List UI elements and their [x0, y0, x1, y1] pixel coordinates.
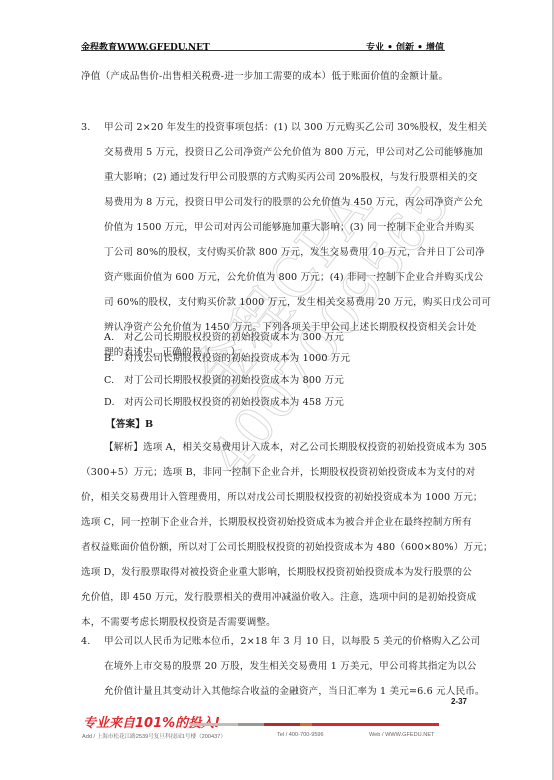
question-line: 资产账面价值为 600 万元，公允价值为 800 万元；(4) 非同一控制下企业… [104, 267, 483, 289]
footer-slogan: 专业来自101%的投入! [83, 712, 220, 731]
analysis-line: 【解析】选项 A，相关交易费用计入成本，对乙公司长期股权投资的初始投资成本为 3… [104, 437, 487, 459]
page-header: 金程教育WWW.GFEDU.NET 专业 • 创新 • 增值 [81, 40, 444, 53]
question-line: 丁公司 80%的股权，支付购买价款 800 万元，发生交易费用 10 万元，合并… [104, 242, 485, 264]
footer-bar-segment [312, 723, 439, 726]
question-line: 交易费用 5 万元，投资日乙公司净资产公允价值为 800 万元，甲公司对乙公司能… [104, 142, 483, 164]
footer-bar-segment [264, 723, 300, 726]
option-letter: A. [104, 327, 114, 349]
question-line: 司 60%的股权，支付购买价款 1000 万元，发生相关交易费用 20 万元，购… [104, 292, 491, 314]
question-line: 在境外上市交易的股票 20 万股，发生相关交易费用 1 万美元，甲公司将其指定为… [104, 656, 477, 678]
option-text: 对戊公司长期股权投资的初始投资成本为 1000 万元 [124, 348, 350, 370]
question-line: 价值为 1500 万元，甲公司对丙公司能够施加重大影响；(3) 同一控制下企业合… [104, 217, 474, 239]
header-site-name: 金程教育WWW.GFEDU.NET [81, 40, 210, 53]
footer-bar-segment [238, 723, 264, 726]
question-line: 易费用为 8 万元，投资日甲公司发行的股票的公允价值为 450 万元，丙公司净资… [104, 192, 483, 214]
page-number: 2-37 [451, 697, 467, 706]
analysis-line: 允价值，即 450 万元，发行股票相关的费用冲减溢价收入。注意，选项中问的是初始… [81, 587, 476, 609]
question-line: 甲公司以人民币为记账本位币，2×18 年 3 月 10 日，以每股 5 美元的价… [104, 631, 480, 653]
analysis-line: 者权益账面价值份额，所以对丁公司长期股权投资的初始投资成本为 480（600×8… [81, 537, 493, 559]
footer-web: Web / WWW.GFEDU.NET [369, 732, 434, 738]
option-text: 对丁公司长期股权投资的初始投资成本为 800 万元 [124, 370, 344, 392]
option-text: 对丙公司长期股权投资的初始投资成本为 458 万元 [124, 392, 344, 414]
option-text: 对乙公司长期股权投资的初始投资成本为 300 万元 [124, 327, 344, 349]
option-letter: B. [104, 348, 114, 370]
question-number: 3. [81, 117, 90, 139]
question-number: 4. [81, 631, 90, 653]
question-line: 允价值计量且其变动计入其他综合收益的金融资产，当日汇率为 1 美元=6.6 元人… [104, 681, 485, 703]
footer-address: Add / 上海市松花江路2539号复旦科技园1号楼（200437） [82, 732, 226, 740]
analysis-line: 选项 C，同一控制下企业合并，长期股权投资初始投资成本为被合并企业在最终控制方所… [81, 512, 472, 534]
option-letter: D. [104, 392, 115, 414]
header-motto: 专业 • 创新 • 增值 [366, 40, 444, 53]
answer-label: 【答案】B [106, 414, 153, 436]
question-line: 重大影响；(2) 通过发行甲公司股票的方式购买丙公司 20%股权，与发行股票相关… [104, 167, 478, 189]
analysis-line: 选项 D，发行股票取得对被投资企业重大影响，长期股权投资初始投资成本为发行股票的… [81, 562, 472, 584]
option-letter: C. [104, 370, 114, 392]
header-divider [81, 50, 445, 51]
footer-bar-segment [190, 723, 238, 726]
footer-bar-segment [300, 723, 312, 726]
analysis-line: 价，相关交易费用计入管理费用，所以对戊公司长期股权投资的初始投资成本为 1000… [81, 487, 483, 509]
intro-line: 净值（产成品售价-出售相关税费-进一步加工需要的成本）低于账面价值的金额计量。 [81, 66, 448, 88]
question-line: 甲公司 2×20 年发生的投资事项包括：(1) 以 300 万元购买乙公司 30… [104, 117, 487, 139]
footer-tel: Tel / 400-700-9596 [277, 732, 324, 738]
analysis-line: （300+5）万元；选项 B，非同一控制下企业合并，长期股权投资初始投资成本为支… [81, 462, 475, 484]
